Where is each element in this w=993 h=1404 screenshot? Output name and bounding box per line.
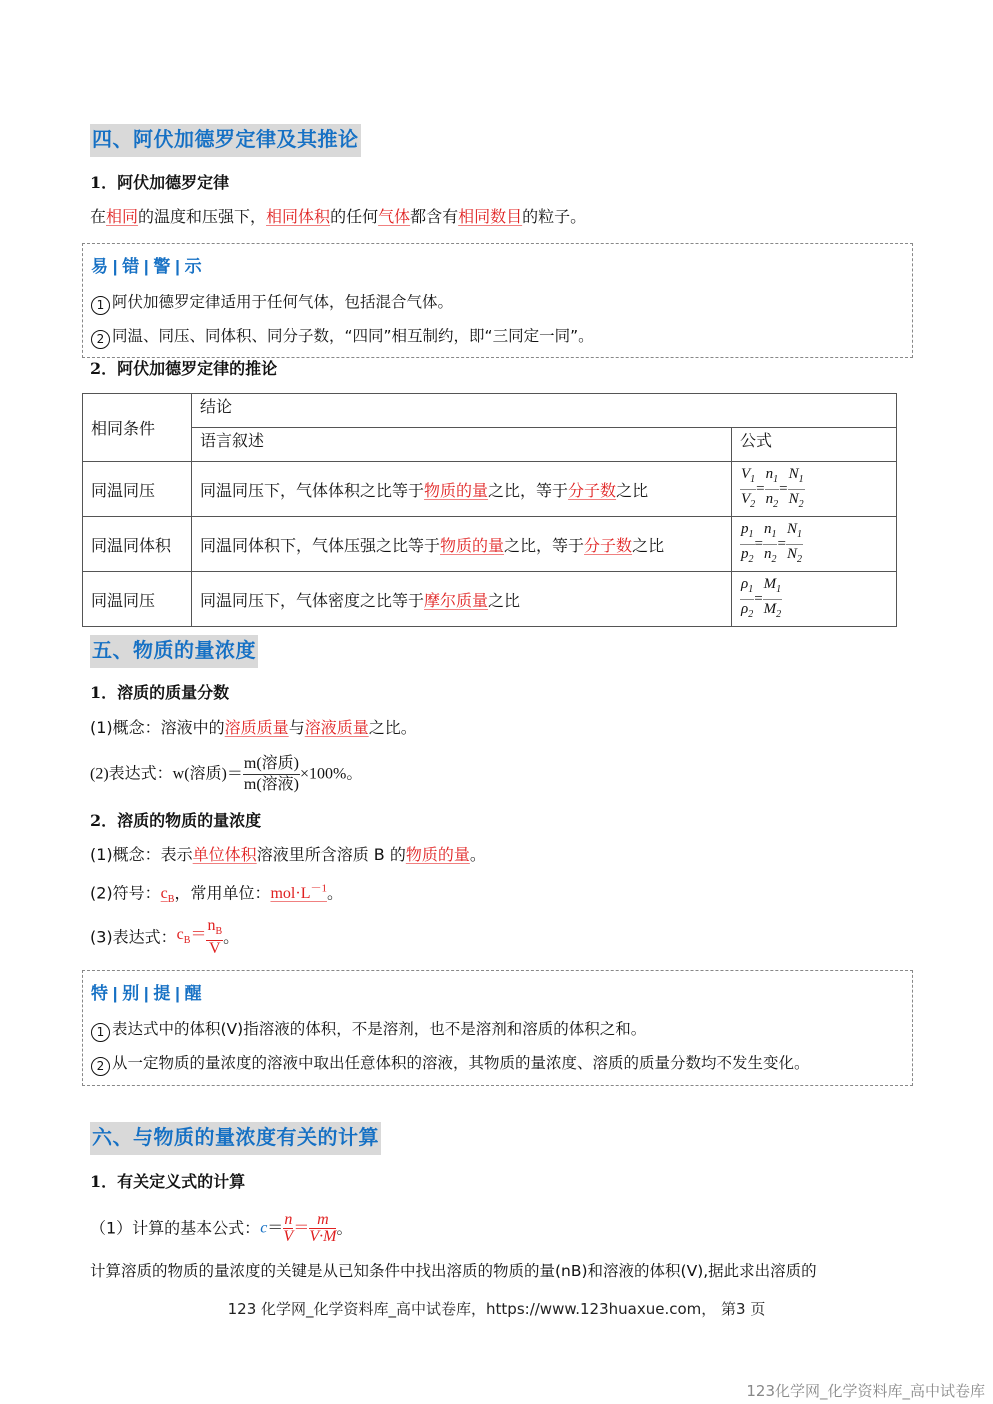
section-6-title: 六、与物质的量浓度有关的计算 xyxy=(90,1122,381,1155)
circled-number-1: 1 xyxy=(91,296,110,315)
mass-fraction-concept: (1)概念：溶液中的溶质质量与溶液质量之比。 xyxy=(90,717,417,739)
answer-blank: 气体 xyxy=(378,207,410,226)
warning-item-2: 2同温、同压、同体积、同分子数，“四同”相互制约，即“三同定一同”。 xyxy=(91,324,594,349)
fraction: p1p2 xyxy=(740,520,755,569)
answer-blank: mol·L－1 xyxy=(270,885,327,902)
row-description: 同温同压下，气体密度之比等于摩尔质量之比 xyxy=(192,572,732,627)
circled-number-2: 2 xyxy=(91,1057,110,1076)
text: (3)表达式： xyxy=(90,928,177,947)
table-row: 同温同压 同温同压下，气体密度之比等于摩尔质量之比 ρ1ρ2=M1M2 xyxy=(83,572,897,627)
molarity-expression: (3)表达式：cB＝nBV。 xyxy=(90,918,239,957)
reminder-box: 特 | 别 | 提 | 醒 1表达式中的体积(V)指溶液的体积，不是溶剂，也不是… xyxy=(82,970,913,1086)
answer-blank: 单位体积 xyxy=(193,845,257,864)
header-conclusion: 结论 xyxy=(192,394,897,428)
text: 溶液里所含溶质 B 的 xyxy=(257,845,406,864)
reminder-item-text: 表达式中的体积(V)指溶液的体积，不是溶剂，也不是溶剂和溶质的体积之和。 xyxy=(112,1020,646,1038)
subsection-avogadro-law-title: 1．阿伏加德罗定律 xyxy=(90,172,229,194)
subsection-avogadro-corollary-title: 2．阿伏加德罗定律的推论 xyxy=(90,358,277,380)
fraction: n1n2 xyxy=(763,520,778,569)
row-description: 同温同体积下，气体压强之比等于物质的量之比，等于分子数之比 xyxy=(192,517,732,572)
table-row: 同温同压 同温同压下，气体体积之比等于物质的量之比，等于分子数之比 V1V2=n… xyxy=(83,462,897,517)
watermark: 123化学网_化学资料库_高中试卷库 xyxy=(746,1380,985,1401)
mass-fraction-expression: (2)表达式：w(溶质)＝m(溶质)m(溶液)×100%。 xyxy=(90,754,362,795)
answer-blank: 溶质质量 xyxy=(225,718,289,737)
subsection-mass-fraction-title: 1．溶质的质量分数 xyxy=(90,682,229,704)
answer-blank: 物质的量 xyxy=(440,536,504,555)
calc-paragraph: 计算溶质的物质的量浓度的关键是从已知条件中找出溶质的物质的量(nB)和溶液的体积… xyxy=(90,1260,817,1282)
basic-formula: （1）计算的基本公式：c＝nV＝mV·M。 xyxy=(90,1212,352,1245)
subsection-molarity-title: 2．溶质的物质的量浓度 xyxy=(90,810,261,832)
answer-blank: 溶液质量 xyxy=(305,718,369,737)
fraction: n1n2 xyxy=(765,465,780,514)
text: 同温同压下，气体体积之比等于 xyxy=(200,481,424,500)
answer-formula: cB＝ xyxy=(177,926,207,943)
fraction: ρ1ρ2 xyxy=(740,575,754,624)
text: 。 xyxy=(470,845,486,864)
text: 的温度和压强下， xyxy=(138,207,266,226)
text: 同温同体积下，气体压强之比等于 xyxy=(200,536,440,555)
section-4-title: 四、阿伏加德罗定律及其推论 xyxy=(90,124,361,157)
answer-blank: cB xyxy=(161,885,175,902)
molarity-symbol: (2)符号：cB，常用单位：mol·L－1。 xyxy=(90,878,343,912)
text: ＝ xyxy=(267,1220,283,1237)
warning-item-text: 同温、同压、同体积、同分子数，“四同”相互制约，即“三同定一同”。 xyxy=(112,327,594,345)
fraction: M1M2 xyxy=(763,575,783,624)
text: 同温同压下，气体密度之比等于 xyxy=(200,591,424,610)
section-5-title: 五、物质的量浓度 xyxy=(90,635,258,668)
text: (1)概念：溶液中的 xyxy=(90,718,225,737)
warning-box-title: 易 | 错 | 警 | 示 xyxy=(91,252,202,277)
text: 在 xyxy=(90,207,106,226)
text: w(溶质)＝ xyxy=(173,766,243,783)
avogadro-corollary-table: 相同条件 结论 语言叙述 公式 同温同压 同温同压下，气体体积之比等于物质的量之… xyxy=(82,393,897,627)
answer-blank: 分子数 xyxy=(584,536,632,555)
molarity-concept: (1)概念：表示单位体积溶液里所含溶质 B 的物质的量。 xyxy=(90,844,486,866)
row-formula: V1V2=n1n2=N1N2 xyxy=(732,462,897,517)
text: 之比，等于 xyxy=(488,481,568,500)
reminder-box-title: 特 | 别 | 提 | 醒 xyxy=(91,979,202,1004)
row-condition: 同温同压 xyxy=(83,572,192,627)
row-formula: p1p2=n1n2=N1N2 xyxy=(732,517,897,572)
text: 之比，等于 xyxy=(504,536,584,555)
fraction: N1N2 xyxy=(786,520,803,569)
fraction: N1N2 xyxy=(788,465,805,514)
text: （1）计算的基本公式： xyxy=(90,1219,260,1238)
text: 。 xyxy=(223,928,239,947)
header-condition: 相同条件 xyxy=(83,394,192,462)
warning-item-1: 1阿伏加德罗定律适用于任何气体，包括混合气体。 xyxy=(91,290,453,315)
subsection-definition-calc-title: 1．有关定义式的计算 xyxy=(90,1171,245,1193)
text: 之比 xyxy=(616,481,648,500)
circled-number-1: 1 xyxy=(91,1023,110,1042)
text: (2)表达式： xyxy=(90,766,173,783)
text: 之比 xyxy=(632,536,664,555)
fraction: m(溶质)m(溶液) xyxy=(243,754,300,795)
answer-blank: 相同体积 xyxy=(266,207,330,226)
circled-number-2: 2 xyxy=(91,330,110,349)
fraction: nBV xyxy=(206,918,223,957)
fraction: V1V2 xyxy=(740,465,756,514)
text: 的任何 xyxy=(330,207,378,226)
text: 。 xyxy=(336,1219,352,1238)
text: 之比 xyxy=(488,591,520,610)
page-footer: 123 化学网_化学资料库_高中试卷库，https://www.123huaxu… xyxy=(0,1298,993,1319)
text: 与 xyxy=(289,718,305,737)
text: (2)符号： xyxy=(90,883,161,902)
warning-box: 易 | 错 | 警 | 示 1阿伏加德罗定律适用于任何气体，包括混合气体。 2同… xyxy=(82,243,913,358)
text: 的粒子。 xyxy=(522,207,586,226)
text: 之比。 xyxy=(369,718,417,737)
text: 。 xyxy=(327,883,343,902)
answer-blank: 物质的量 xyxy=(424,481,488,500)
answer-blank: 分子数 xyxy=(568,481,616,500)
header-description: 语言叙述 xyxy=(192,428,732,462)
reminder-item-text: 从一定物质的量浓度的溶液中取出任意体积的溶液，其物质的量浓度、溶质的质量分数均不… xyxy=(112,1054,810,1072)
row-condition: 同温同压 xyxy=(83,462,192,517)
fraction: nV xyxy=(283,1212,293,1245)
reminder-item-1: 1表达式中的体积(V)指溶液的体积，不是溶剂，也不是溶剂和溶质的体积之和。 xyxy=(91,1017,646,1042)
warning-item-text: 阿伏加德罗定律适用于任何气体，包括混合气体。 xyxy=(112,293,453,311)
reminder-item-2: 2从一定物质的量浓度的溶液中取出任意体积的溶液，其物质的量浓度、溶质的质量分数均… xyxy=(91,1051,810,1076)
answer-blank: 相同 xyxy=(106,207,138,226)
text: (1)概念：表示 xyxy=(90,845,193,864)
text: ×100%。 xyxy=(300,766,362,783)
row-condition: 同温同体积 xyxy=(83,517,192,572)
table-row: 同温同体积 同温同体积下，气体压强之比等于物质的量之比，等于分子数之比 p1p2… xyxy=(83,517,897,572)
row-description: 同温同压下，气体体积之比等于物质的量之比，等于分子数之比 xyxy=(192,462,732,517)
answer-blank: 相同数目 xyxy=(458,207,522,226)
text: ，常用单位： xyxy=(174,883,270,902)
answer-blank: 物质的量 xyxy=(406,845,470,864)
text: ＝ xyxy=(293,1220,309,1237)
row-formula: ρ1ρ2=M1M2 xyxy=(732,572,897,627)
text: 都含有 xyxy=(410,207,458,226)
answer-blank: 摩尔质量 xyxy=(424,591,488,610)
avogadro-law-statement: 在相同的温度和压强下，相同体积的任何气体都含有相同数目的粒子。 xyxy=(90,206,586,228)
header-formula: 公式 xyxy=(732,428,897,462)
fraction: mV·M xyxy=(309,1212,336,1245)
